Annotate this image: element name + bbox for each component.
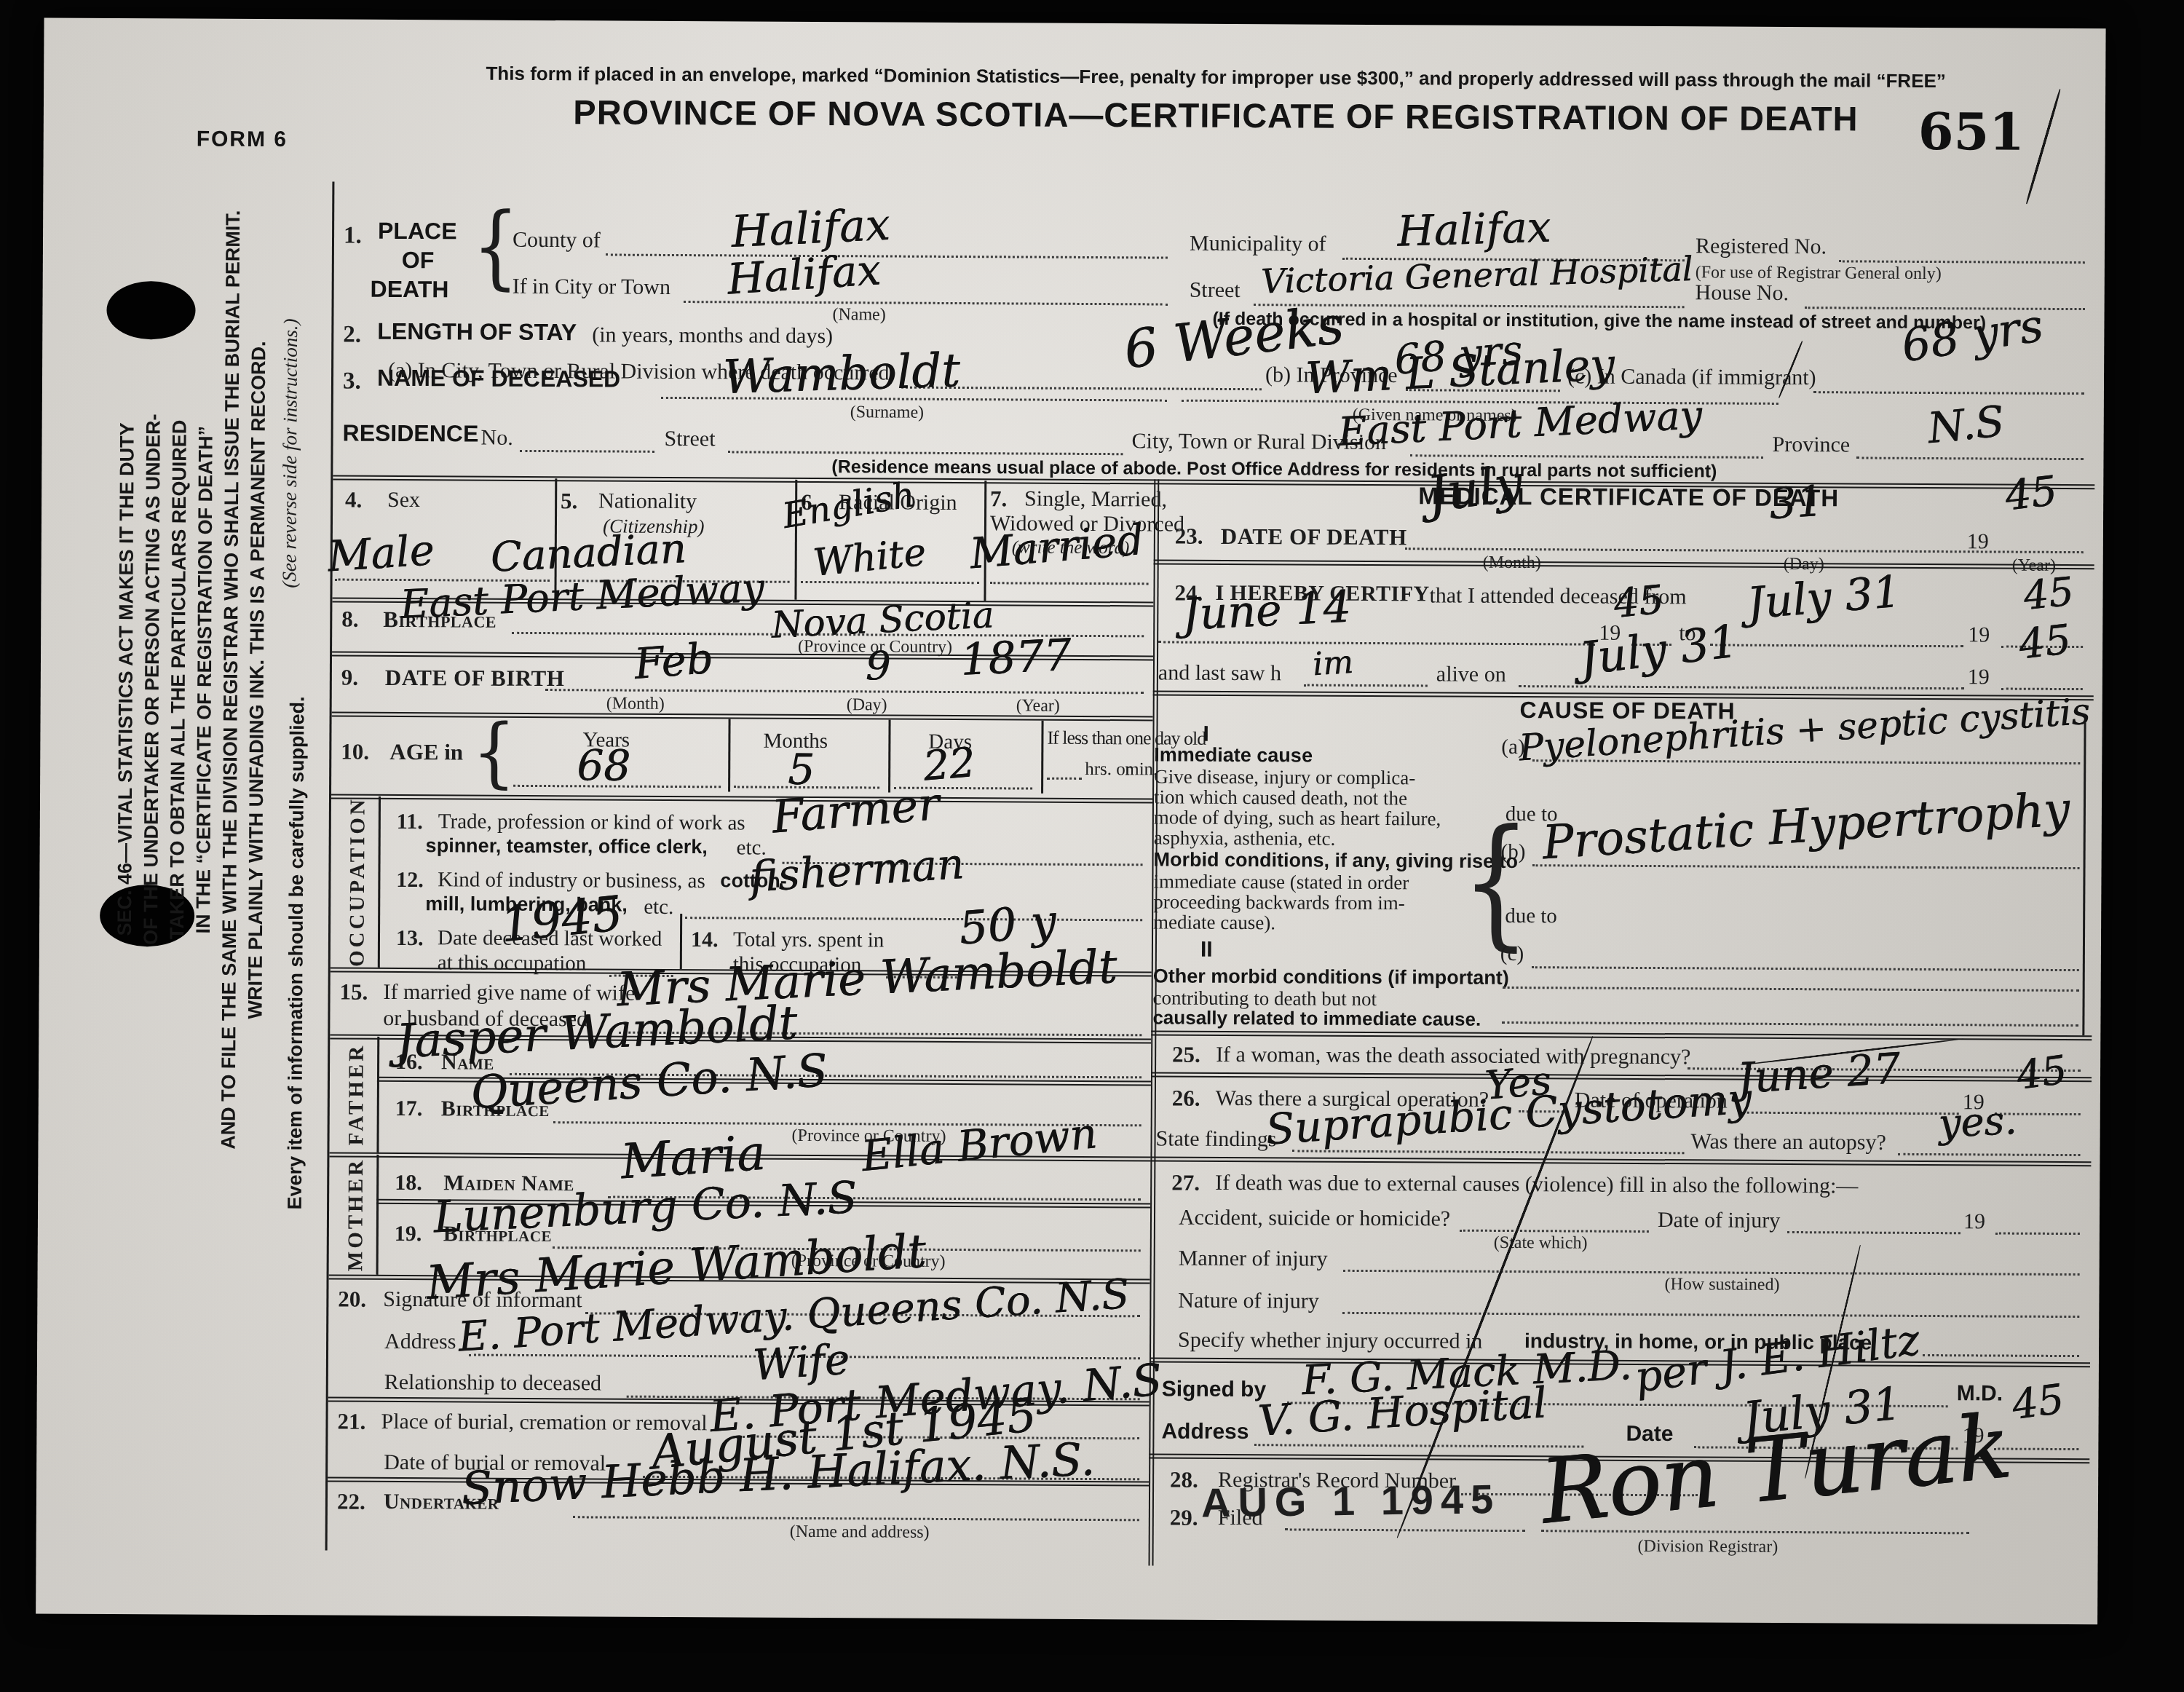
due-to-label2: due to [1505, 905, 1557, 928]
s9-number: 9. [341, 666, 358, 690]
s11-number: 11. [397, 810, 423, 834]
father-side-label: FATHER [345, 1036, 368, 1153]
s12-label2-tail: etc. [644, 896, 673, 919]
division-registrar-caption: (Division Registrar) [1638, 1538, 1779, 1557]
industry-value: fisherman [748, 842, 965, 898]
s3-number: 3. [343, 369, 361, 395]
margin-supply-note: Every item of information should be care… [285, 700, 308, 1210]
printed-19: 19 [1968, 623, 1990, 647]
manner-label: Manner of injury [1179, 1247, 1328, 1271]
s9-label: DATE OF BIRTH [385, 666, 565, 691]
brace: { [1461, 807, 1532, 958]
s1-title: OF [402, 248, 435, 273]
filed-date-stamp: AUG 1 1945 [1201, 1477, 1501, 1524]
s2-label: LENGTH OF STAY [377, 320, 577, 345]
s2-number: 2. [343, 323, 361, 348]
scanned-death-certificate: FORM 6 SEC. 46—VITAL STATISTICS ACT MAKE… [0, 0, 2184, 1692]
municipality-value: Halifax [1396, 206, 1551, 253]
cause-c-label: (c) [1500, 943, 1524, 965]
form-number: FORM 6 [197, 128, 288, 151]
s7-label: Single, Married, [1024, 488, 1167, 512]
dotted-line [2001, 688, 2083, 691]
min-label: min. [1125, 760, 1158, 780]
s23-label: DATE OF DEATH [1221, 525, 1407, 550]
alive-on-label: alive on [1436, 663, 1506, 686]
autopsy-label: Was there an autopsy? [1690, 1130, 1886, 1154]
s1-number: 1. [344, 224, 362, 249]
s27-number: 27. [1171, 1171, 1200, 1195]
other-morbid-label: Other morbid conditions (if important) [1153, 965, 1509, 988]
s25-label: If a woman, was the death associated wit… [1216, 1043, 1690, 1069]
age-months-value: 5 [788, 748, 815, 791]
signed-year-value: 45 [2009, 1379, 2066, 1426]
s10-number: 10. [341, 740, 369, 764]
city-town-label: If in City or Town [513, 275, 671, 299]
s11-label: Trade, profession or kind of work as [438, 810, 745, 834]
autopsy-value: yes. [1937, 1101, 2017, 1144]
municipality-label: Municipality of [1190, 232, 1326, 256]
cause-help-line: asphyxia, asthenia, etc. [1154, 827, 1336, 849]
s15-label: If married give name of wife [384, 981, 636, 1005]
printed-19: 19 [1967, 530, 1989, 553]
s29-number: 29. [1170, 1506, 1198, 1530]
residence-province-label: Province [1772, 433, 1850, 456]
s22-number: 22. [337, 1490, 365, 1514]
margin-reverse-note: (See reverse side for instructions.) [279, 289, 301, 617]
s19-number: 19. [395, 1222, 422, 1246]
s20-number: 20. [338, 1288, 366, 1312]
cause-help-line: Give disease, injury or complica- [1154, 766, 1415, 788]
death-month-value: July [1424, 459, 1525, 521]
s8-number: 8. [341, 608, 358, 632]
injury-date-label: Date of injury [1658, 1209, 1780, 1233]
s11-label2: spinner, teamster, office clerk, [426, 835, 708, 858]
s26-number: 26. [1172, 1087, 1200, 1111]
residence-label: RESIDENCE [343, 422, 479, 447]
month-caption: (Month) [606, 695, 665, 714]
house-no-label: House No. [1696, 281, 1789, 304]
cause-help-line: mode of dying, such as heart failure, [1154, 807, 1441, 829]
operation-date-value: June 27 [1736, 1047, 1902, 1099]
operation-year-value: 45 [2014, 1050, 2069, 1096]
last-worked-value: 1945 [498, 890, 625, 949]
death-year-value: 45 [2003, 471, 2059, 518]
death-day-value: 31 [1768, 480, 1824, 526]
s1-title: DEATH [371, 277, 449, 302]
nature-label: Nature of injury [1178, 1289, 1318, 1313]
s21-number: 21. [337, 1410, 365, 1434]
printed-19: 19 [1963, 1210, 1985, 1233]
s14-number: 14. [691, 928, 719, 952]
s5-number: 5. [561, 489, 577, 513]
s4-label: Sex [387, 489, 420, 512]
trade-value: Farmer [770, 781, 941, 840]
dotted-line [1995, 1233, 2080, 1236]
birth-day-value: 9 [866, 647, 891, 686]
s5-label: Nationality [598, 489, 697, 513]
other-morbid-line: causally related to immediate cause. [1152, 1008, 1481, 1029]
morbid-line: proceeding backwards from im- [1153, 891, 1405, 913]
last-saw-label: and last saw h [1158, 661, 1281, 685]
street-label: Street [1190, 279, 1241, 302]
s2-sublabel: (in years, months and days) [592, 323, 833, 348]
city-town-value: Halifax [726, 248, 882, 300]
s13-number: 13. [396, 927, 424, 950]
birth-year-value: 1877 [960, 633, 1072, 682]
given-name-value: Wm L Stanley [1305, 343, 1615, 401]
alive-on-year: 45 [2017, 620, 2073, 666]
s18-number: 18. [395, 1171, 422, 1195]
surname-value: Wamboldt [722, 347, 960, 401]
registration-number-stamp: 651 [1918, 105, 2025, 159]
margin-statute-text: SEC. 46—VITAL STATISTICS ACT MAKES IT TH… [110, 191, 272, 1168]
cause-help-line: tion which caused death, not the [1154, 786, 1407, 808]
scan-area: FORM 6 SEC. 46—VITAL STATISTICS ACT MAKE… [0, 0, 2184, 1692]
occupation-side-label: OCCUPATION [346, 794, 369, 969]
relationship-label: Relationship to deceased [384, 1371, 601, 1395]
s25-number: 25. [1172, 1043, 1200, 1067]
accident-label: Accident, suicide or homicide? [1179, 1206, 1450, 1231]
s3-label: NAME OF DECEASED [377, 366, 620, 392]
immediate-cause-label: Immediate cause [1154, 744, 1313, 766]
s12-label: Kind of industry or business, as [438, 869, 705, 893]
attended-to-value: July 31 [1745, 570, 1902, 626]
informant-address-label: Address [384, 1330, 456, 1353]
marital-status-value: Married [968, 518, 1145, 574]
findings-label: State findings [1155, 1127, 1276, 1151]
specify-label: Specify whether injury occurred in [1178, 1329, 1482, 1353]
printed-19: 19 [1968, 665, 1990, 689]
cause-roman-i: I [1203, 723, 1209, 746]
s12-number: 12. [396, 869, 424, 892]
s7-number: 7. [990, 487, 1007, 511]
county-label: County of [513, 229, 601, 252]
s1-title: PLACE [378, 219, 457, 244]
medical-certificate-title: MEDICAL CERTIFICATE OF DEATH [1166, 483, 2091, 513]
residence-no-label: No. [481, 427, 513, 450]
relationship-value: Wife [751, 1338, 850, 1386]
year-caption: (Year) [1016, 697, 1060, 716]
racial-origin-value2: White [812, 534, 928, 582]
attended-from-year: 45 [1612, 580, 1666, 625]
surname-caption: (Surname) [850, 403, 924, 422]
day-caption: (Day) [847, 696, 887, 715]
sex-value: Male [326, 529, 435, 577]
s28-number: 28. [1170, 1468, 1198, 1493]
s10-label: AGE in [389, 740, 463, 764]
name-caption: (Name) [832, 306, 885, 325]
s23-number: 23. [1175, 525, 1203, 549]
how-sustained-caption: (How sustained) [1664, 1276, 1779, 1294]
birth-month-value: Feb [633, 637, 715, 686]
s22-caption: (Name and address) [790, 1523, 930, 1542]
s15-number: 15. [340, 981, 368, 1005]
s4-number: 4. [345, 489, 362, 513]
statute-line: WRITE PLAINLY WITH UNFADING INK. THIS IS… [241, 192, 272, 1168]
him-value: im [1312, 647, 1355, 681]
registered-no-label: Registered No. [1696, 234, 1827, 258]
cause-b-label: (b) [1501, 841, 1526, 863]
cell-divider [1041, 721, 1044, 794]
residence-caption: (Residence means usual place of abode. P… [831, 457, 1717, 481]
mother-side-label: MOTHER [344, 1149, 368, 1280]
cell-divider [728, 719, 731, 791]
physician-address-label: Address [1161, 1420, 1249, 1444]
dotted-line [1047, 778, 1082, 780]
attended-from-value: June 14 [1181, 585, 1352, 637]
residence-street-label: Street [665, 427, 716, 451]
cause-roman-ii: II [1200, 938, 1213, 962]
s14-label: Total yrs. spent in [733, 928, 885, 952]
signed-by-label: Signed by [1162, 1378, 1267, 1402]
brace: { [472, 713, 516, 794]
morbid-line: immediate cause (stated in order [1153, 871, 1409, 893]
statute-line: AND TO FILE THE SAME WITH THE DIVISION R… [215, 192, 246, 1168]
morbid-line: mediate cause). [1153, 912, 1275, 933]
s17-number: 17. [395, 1097, 423, 1120]
age-years-value: 68 [577, 744, 630, 786]
attended-to-year: 45 [2022, 572, 2076, 617]
residence-province-value: N.S [1926, 400, 2006, 449]
